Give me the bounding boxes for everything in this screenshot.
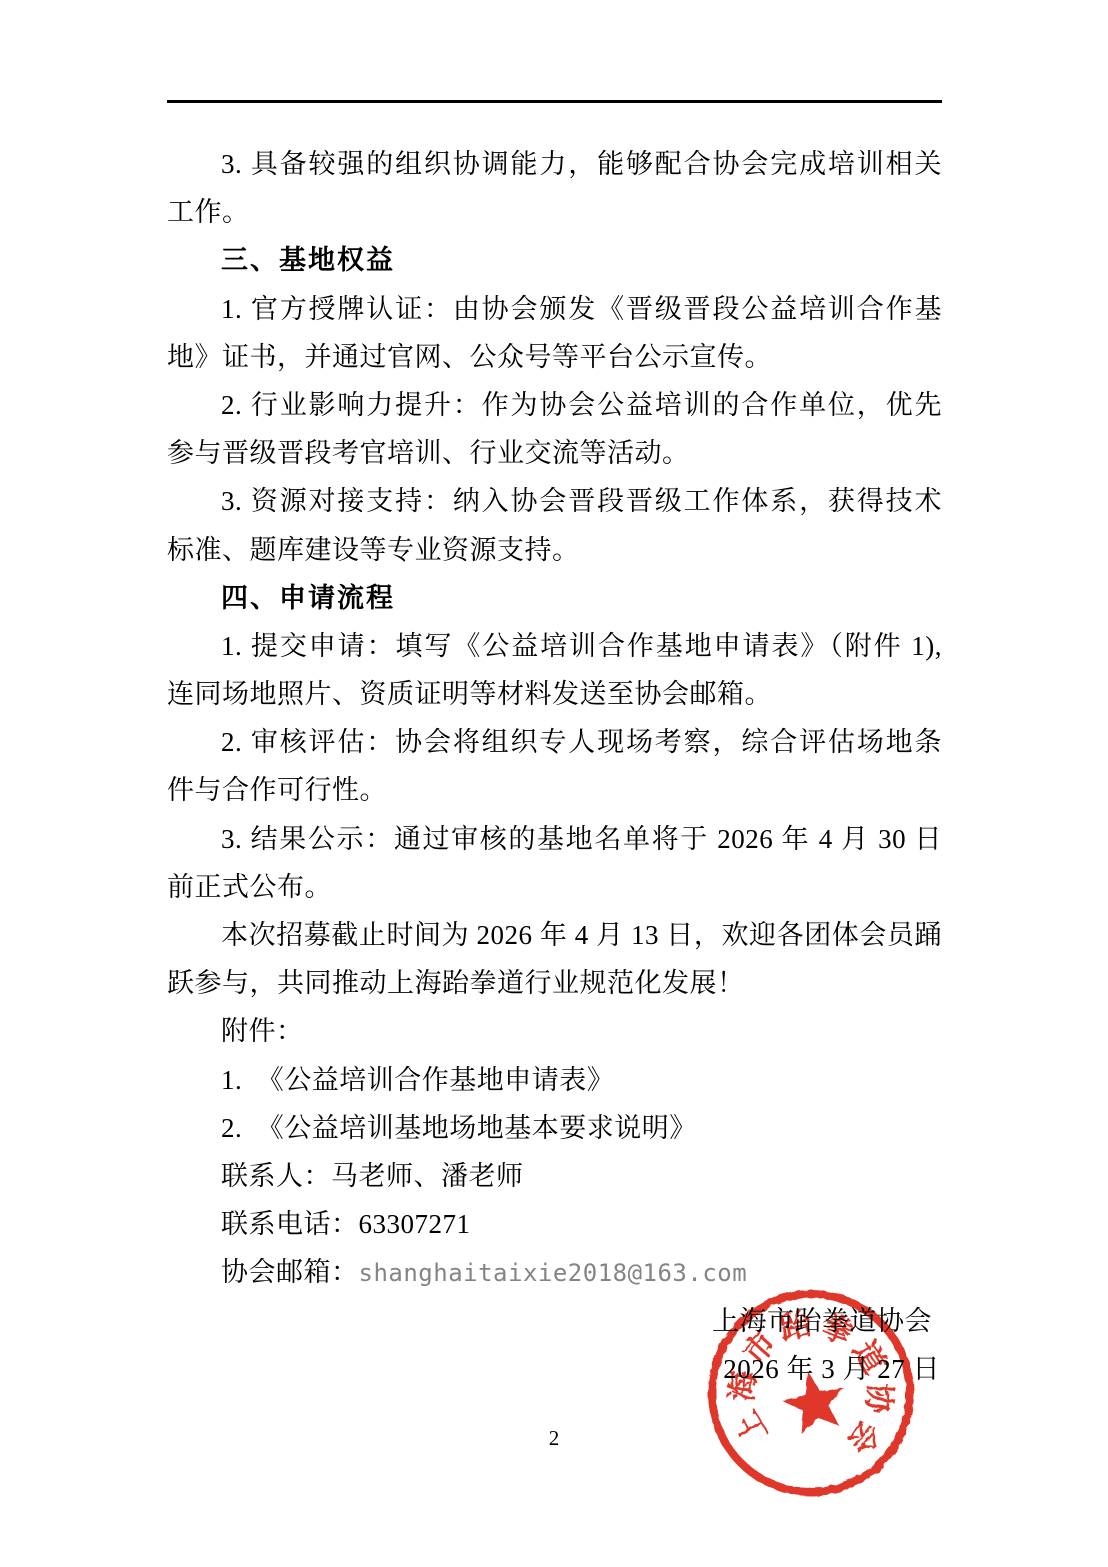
attachments-label: 附件： bbox=[167, 1007, 942, 1055]
doc-line: 工作。 bbox=[167, 188, 942, 236]
page-number: 2 bbox=[0, 1426, 1108, 1451]
doc-line: 前正式公布。 bbox=[167, 863, 942, 911]
email-address: shanghaitaixie2018@163.com bbox=[359, 1259, 748, 1287]
section-heading: 三、基地权益 bbox=[167, 236, 942, 284]
doc-line: 参与晋级晋段考官培训、行业交流等活动。 bbox=[167, 429, 942, 477]
doc-line: 标准、题库建设等专业资源支持。 bbox=[167, 526, 942, 574]
document-page: 3. 具备较强的组织协调能力，能够配合协会完成培训相关 工作。 三、基地权益 1… bbox=[0, 0, 1108, 1567]
doc-line: 跃参与，共同推动上海跆拳道行业规范化发展！ bbox=[167, 959, 942, 1007]
doc-line: 地》证书，并通过官网、公众号等平台公示宣传。 bbox=[167, 333, 942, 381]
section-heading: 四、申请流程 bbox=[167, 574, 942, 622]
header-rule bbox=[167, 100, 942, 103]
signature-date: 2026 年 3 月 27 日 bbox=[167, 1345, 942, 1393]
attachment-item: 2. 《公益培训基地场地基本要求说明》 bbox=[167, 1104, 942, 1152]
attachment-item: 1. 《公益培训合作基地申请表》 bbox=[167, 1056, 942, 1104]
contact-person-line: 联系人：马老师、潘老师 bbox=[167, 1152, 942, 1200]
contact-phone-line: 联系电话：63307271 bbox=[167, 1200, 942, 1248]
contact-email-line: 协会邮箱：shanghaitaixie2018@163.com bbox=[167, 1248, 942, 1296]
doc-line: 1. 官方授牌认证：由协会颁发《晋级晋段公益培训合作基 bbox=[167, 285, 942, 333]
doc-line: 1. 提交申请：填写《公益培训合作基地申请表》（附件 1), bbox=[167, 622, 942, 670]
email-label: 协会邮箱： bbox=[221, 1257, 359, 1287]
doc-line: 本次招募截止时间为 2026 年 4 月 13 日，欢迎各团体会员踊 bbox=[167, 911, 942, 959]
doc-line: 2. 审核评估：协会将组织专人现场考察，综合评估场地条 bbox=[167, 718, 942, 766]
doc-line: 2. 行业影响力提升：作为协会公益培训的合作单位，优先 bbox=[167, 381, 942, 429]
doc-line: 3. 具备较强的组织协调能力，能够配合协会完成培训相关 bbox=[167, 140, 942, 188]
document-body: 3. 具备较强的组织协调能力，能够配合协会完成培训相关 工作。 三、基地权益 1… bbox=[167, 140, 942, 1393]
signature-org: 上海市跆拳道协会 bbox=[167, 1297, 942, 1345]
doc-line: 连同场地照片、资质证明等材料发送至协会邮箱。 bbox=[167, 670, 942, 718]
doc-line: 3. 资源对接支持：纳入协会晋段晋级工作体系，获得技术 bbox=[167, 477, 942, 525]
doc-line: 3. 结果公示：通过审核的基地名单将于 2026 年 4 月 30 日 bbox=[167, 815, 942, 863]
doc-line: 件与合作可行性。 bbox=[167, 766, 942, 814]
